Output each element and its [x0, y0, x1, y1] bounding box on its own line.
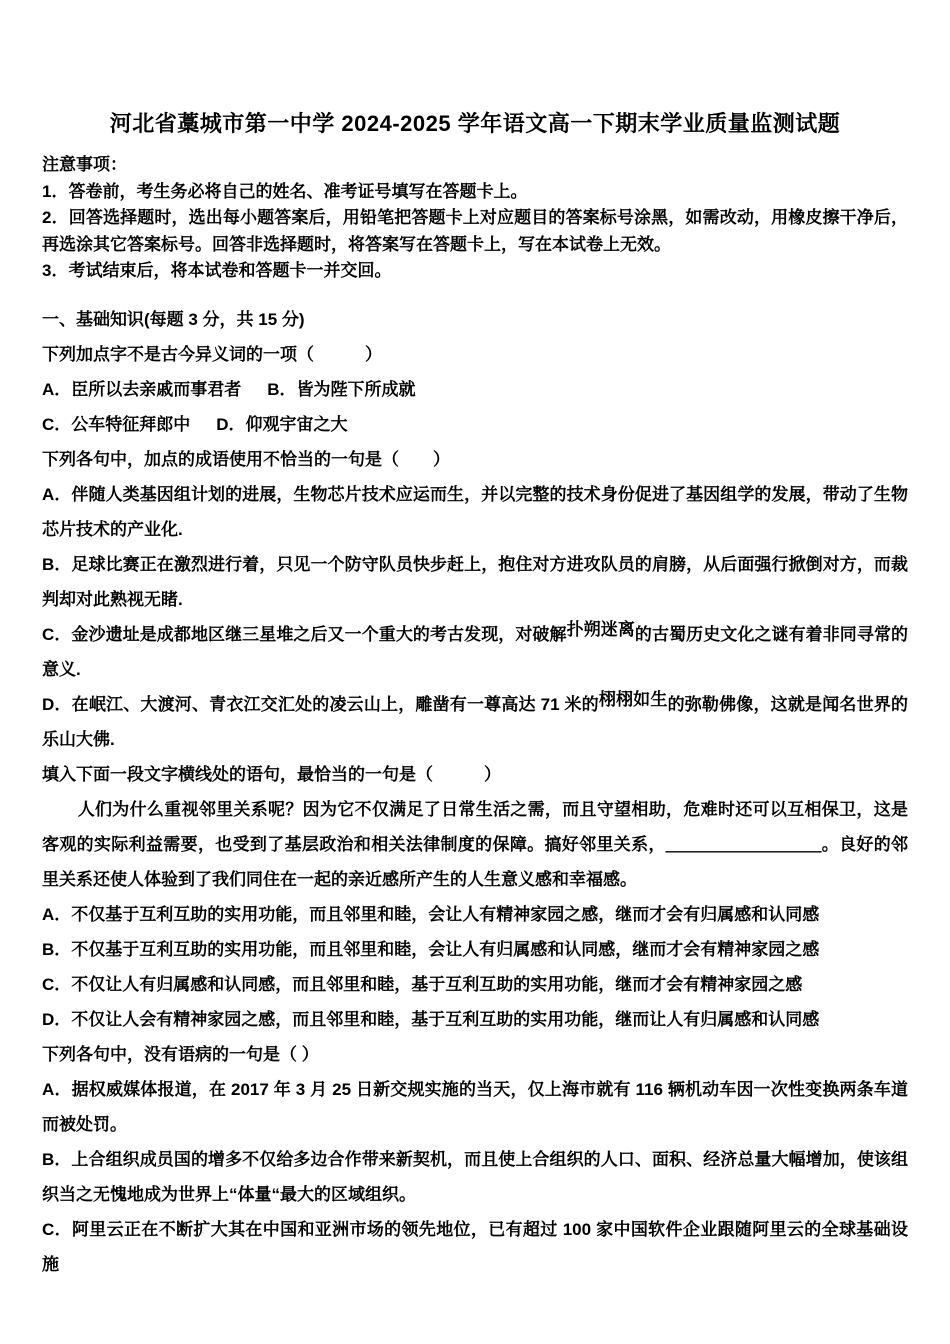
q1-options-row-2: C．公车特征拜郎中D．仰观宇宙之大 — [42, 407, 908, 442]
q4-stem: 下列各句中，没有语病的一句是（ ） — [42, 1037, 908, 1072]
q2-option-c: C．金沙遗址是成都地区继三星堆之后又一个重大的考古发现，对破解扑朔迷离的古蜀历史… — [42, 617, 908, 687]
q1-option-d: D．仰观宇宙之大 — [216, 415, 347, 434]
q3-passage: 人们为什么重视邻里关系呢？因为它不仅满足了日常生活之需，而且守望相助，危难时还可… — [42, 792, 908, 897]
exam-paper-page: 河北省藁城市第一中学 2024-2025 学年语文高一下期末学业质量监测试题 注… — [0, 0, 950, 1344]
notice-section: 注意事项： 1．答卷前，考生务必将自己的姓名、准考证号填写在答题卡上。 2．回答… — [42, 152, 908, 285]
q2-option-d-pre: D．在岷江、大渡河、青衣江交汇处的凌云山上，雕凿有一尊高达 71 米的 — [42, 695, 599, 714]
notice-item-3: 3．考试结束后，将本试卷和答题卡一并交回。 — [42, 258, 908, 285]
q1-option-b: B．皆为陛下所成就 — [267, 380, 415, 399]
notice-item-2: 2．回答选择题时，选出每小题答案后，用铅笔把答题卡上对应题目的答案标号涂黑，如需… — [42, 205, 908, 258]
q2-option-d: D．在岷江、大渡河、青衣江交汇处的凌云山上，雕凿有一尊高达 71 米的栩栩如生的… — [42, 687, 908, 757]
q4-option-a: A．据权威媒体报道，在 2017 年 3 月 25 日新交规实施的当天，仅上海市… — [42, 1072, 908, 1142]
question-3: 填入下面一段文字横线处的语句，最恰当的一句是（ ） 人们为什么重视邻里关系呢？因… — [42, 757, 908, 1037]
q3-stem: 填入下面一段文字横线处的语句，最恰当的一句是（ ） — [42, 757, 908, 792]
questions-area: 一、基础知识(每题 3 分，共 15 分) 下列加点字不是古今异义词的一项（ ）… — [42, 302, 908, 1282]
q4-option-b: B．上合组织成员国的增多不仅给多边合作带来新契机，而且使上合组织的人口、面积、经… — [42, 1142, 908, 1212]
q2-option-c-pre: C．金沙遗址是成都地区继三星堆之后又一个重大的考古发现，对破解 — [42, 625, 567, 644]
q1-option-c: C．公车特征拜郎中 — [42, 415, 190, 434]
q4-option-c: C．阿里云正在不断扩大其在中国和亚洲市场的领先地位，已有超过 100 家中国软件… — [42, 1212, 908, 1282]
q1-option-a: A．臣所以去亲戚而事君者 — [42, 380, 241, 399]
exam-title: 河北省藁城市第一中学 2024-2025 学年语文高一下期末学业质量监测试题 — [42, 110, 908, 138]
q3-option-b: B．不仅基于互利互助的实用功能，而且邻里和睦，会让人有归属感和认同感，继而才会有… — [42, 932, 908, 967]
q2-option-d-emphasized-idiom: 栩栩如生 — [599, 690, 668, 709]
q1-stem: 下列加点字不是古今异义词的一项（ ） — [42, 337, 908, 372]
q3-option-d: D．不仅让人会有精神家园之感，而且邻里和睦，基于互利互助的实用功能，继而让人有归… — [42, 1002, 908, 1037]
q1-options-row-1: A．臣所以去亲戚而事君者B．皆为陛下所成就 — [42, 372, 908, 407]
page-content: 河北省藁城市第一中学 2024-2025 学年语文高一下期末学业质量监测试题 注… — [0, 110, 950, 1282]
q3-passage-blank-line: ＿＿＿＿＿＿＿＿＿ — [666, 835, 822, 854]
section-1-heading: 一、基础知识(每题 3 分，共 15 分) — [42, 302, 908, 337]
question-4: 下列各句中，没有语病的一句是（ ） A．据权威媒体报道，在 2017 年 3 月… — [42, 1037, 908, 1282]
q2-option-a: A．伴随人类基因组计划的进展，生物芯片技术应运而生，并以完整的技术身份促进了基因… — [42, 477, 908, 547]
q2-stem: 下列各句中，加点的成语使用不恰当的一句是（ ） — [42, 442, 908, 477]
notice-item-1: 1．答卷前，考生务必将自己的姓名、准考证号填写在答题卡上。 — [42, 179, 908, 206]
q2-option-b: B．足球比赛正在激烈进行着，只见一个防守队员快步赶上，抱住对方进攻队员的肩膀，从… — [42, 547, 908, 617]
question-2: 下列各句中，加点的成语使用不恰当的一句是（ ） A．伴随人类基因组计划的进展，生… — [42, 442, 908, 757]
q2-option-c-emphasized-idiom: 扑朔迷离 — [567, 620, 635, 639]
question-1: 下列加点字不是古今异义词的一项（ ） A．臣所以去亲戚而事君者B．皆为陛下所成就… — [42, 337, 908, 442]
q3-option-a: A．不仅基于互利互助的实用功能，而且邻里和睦，会让人有精神家园之感，继而才会有归… — [42, 897, 908, 932]
notice-heading: 注意事项： — [42, 152, 908, 179]
q3-option-c: C．不仅让人有归属感和认同感，而且邻里和睦，基于互利互助的实用功能，继而才会有精… — [42, 967, 908, 1002]
